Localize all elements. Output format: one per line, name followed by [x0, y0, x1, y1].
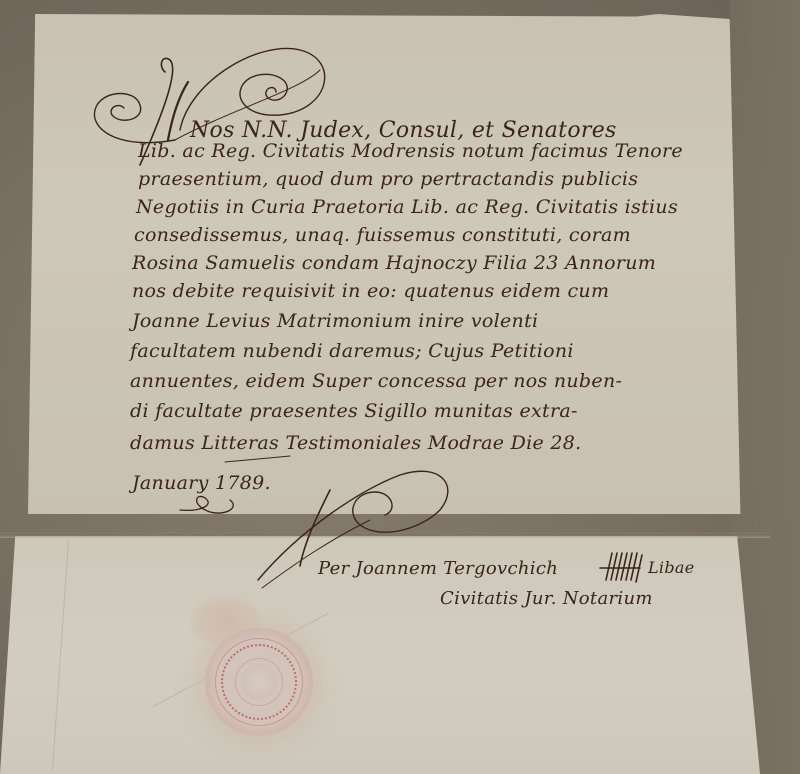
- seal-emblem: [241, 664, 277, 700]
- text-line-5: consedissemus, unaq. fuissemus constitut…: [134, 224, 631, 246]
- text-line-6: Rosina Samuelis condam Hajnoczy Filia 23…: [132, 252, 656, 274]
- signature-line-1: Per Joannem Tergovchich: [318, 558, 558, 579]
- text-line-10: annuentes, eidem Super concessa per nos …: [130, 370, 622, 392]
- text-line-4: Negotiis in Curia Praetoria Lib. ac Reg.…: [136, 196, 678, 218]
- text-line-2: Lib. ac Reg. Civitatis Modrensis notum f…: [138, 140, 683, 162]
- text-line-12: damus Litteras Testimoniales Modrae Die …: [130, 432, 582, 454]
- signature-line-2: Civitatis Jur. Notarium: [440, 588, 653, 609]
- text-line-11: di facultate praesentes Sigillo munitas …: [130, 400, 578, 422]
- wax-seal: [205, 628, 313, 736]
- text-line-9: facultatem nubendi daremus; Cujus Petiti…: [130, 340, 574, 362]
- text-line-3: praesentium, quod dum pro pertractandis …: [138, 168, 638, 190]
- text-line-8: Joanne Levius Matrimonium inire volenti: [132, 310, 538, 332]
- manuscript-text: Nos N.N. Judex, Consul, et Senatores Lib…: [0, 0, 800, 774]
- text-line-7: nos debite requisivit in eo: quatenus ei…: [132, 280, 609, 302]
- signature-line-1-suffix: Libae: [648, 558, 695, 577]
- text-line-13-date: January 1789.: [132, 472, 271, 494]
